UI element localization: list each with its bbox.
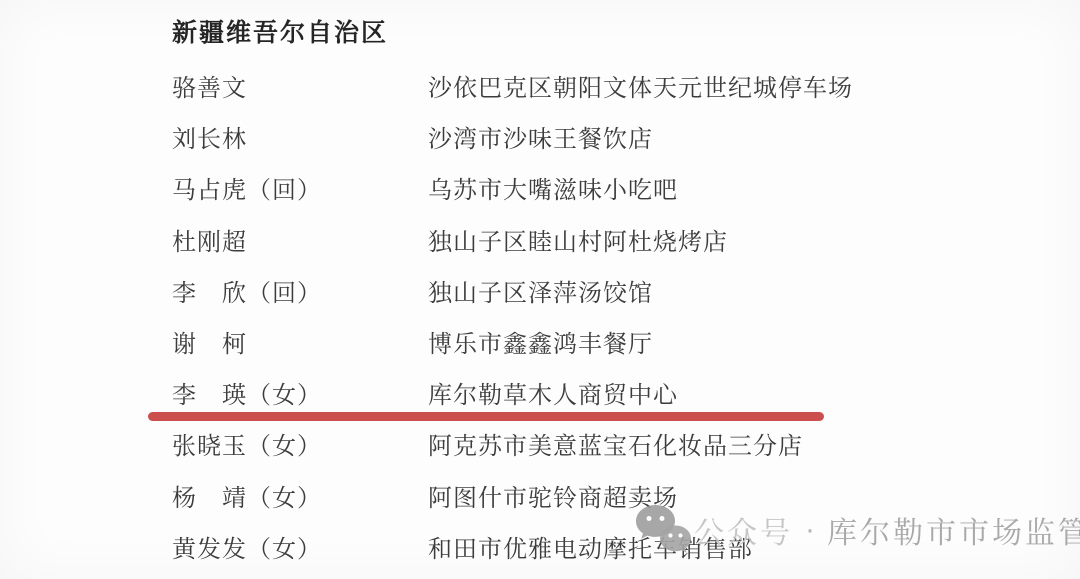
person-name: 杜刚超 xyxy=(172,222,428,257)
person-name: 李 欣（回） xyxy=(172,273,428,308)
person-name: 李 瑛（女） xyxy=(172,375,428,410)
table-row: 谢 柯博乐市鑫鑫鸿丰餐厅 xyxy=(172,316,1072,367)
person-name: 张晓玉（女） xyxy=(172,426,428,461)
business-name: 博乐市鑫鑫鸿丰餐厅 xyxy=(428,324,1072,359)
person-name: 马占虎（回） xyxy=(172,170,428,205)
business-name: 阿图什市驼铃商超卖场 xyxy=(428,478,1072,513)
table-row: 骆善文沙依巴克区朝阳文体天元世纪城停车场 xyxy=(172,60,1072,111)
person-name: 黄发发（女） xyxy=(172,529,428,564)
table-row: 马占虎（回）乌苏市大嘴滋味小吃吧 xyxy=(172,162,1072,213)
table-row: 李 瑛（女）库尔勒草木人商贸中心 xyxy=(172,367,1072,418)
award-list: 骆善文沙依巴克区朝阳文体天元世纪城停车场刘长林沙湾市沙味王餐饮店马占虎（回）乌苏… xyxy=(172,60,1072,572)
business-name: 独山子区睦山村阿杜烧烤店 xyxy=(428,222,1072,257)
highlight-underline xyxy=(148,412,824,421)
person-name: 刘长林 xyxy=(172,119,428,154)
person-name: 谢 柯 xyxy=(172,324,428,359)
document-page: 新疆维吾尔自治区 骆善文沙依巴克区朝阳文体天元世纪城停车场刘长林沙湾市沙味王餐饮… xyxy=(0,0,1080,579)
business-name: 乌苏市大嘴滋味小吃吧 xyxy=(428,170,1072,205)
table-row: 杜刚超独山子区睦山村阿杜烧烤店 xyxy=(172,214,1072,265)
business-name: 阿克苏市美意蓝宝石化妆品三分店 xyxy=(428,426,1072,461)
table-row: 刘长林沙湾市沙味王餐饮店 xyxy=(172,111,1072,162)
business-name: 沙依巴克区朝阳文体天元世纪城停车场 xyxy=(428,68,1072,103)
person-name: 骆善文 xyxy=(172,68,428,103)
business-name: 沙湾市沙味王餐饮店 xyxy=(428,119,1072,154)
business-name: 库尔勒草木人商贸中心 xyxy=(428,375,1072,410)
region-title: 新疆维吾尔自治区 xyxy=(172,13,388,49)
table-row: 李 欣（回）独山子区泽萍汤饺馆 xyxy=(172,265,1072,316)
table-row: 张晓玉（女）阿克苏市美意蓝宝石化妆品三分店 xyxy=(172,418,1072,469)
person-name: 杨 靖（女） xyxy=(172,478,428,513)
business-name: 独山子区泽萍汤饺馆 xyxy=(428,273,1072,308)
table-row: 黄发发（女）和田市优雅电动摩托车销售部 xyxy=(172,521,1072,572)
business-name: 和田市优雅电动摩托车销售部 xyxy=(428,529,1072,564)
table-row: 杨 靖（女）阿图什市驼铃商超卖场 xyxy=(172,470,1072,521)
